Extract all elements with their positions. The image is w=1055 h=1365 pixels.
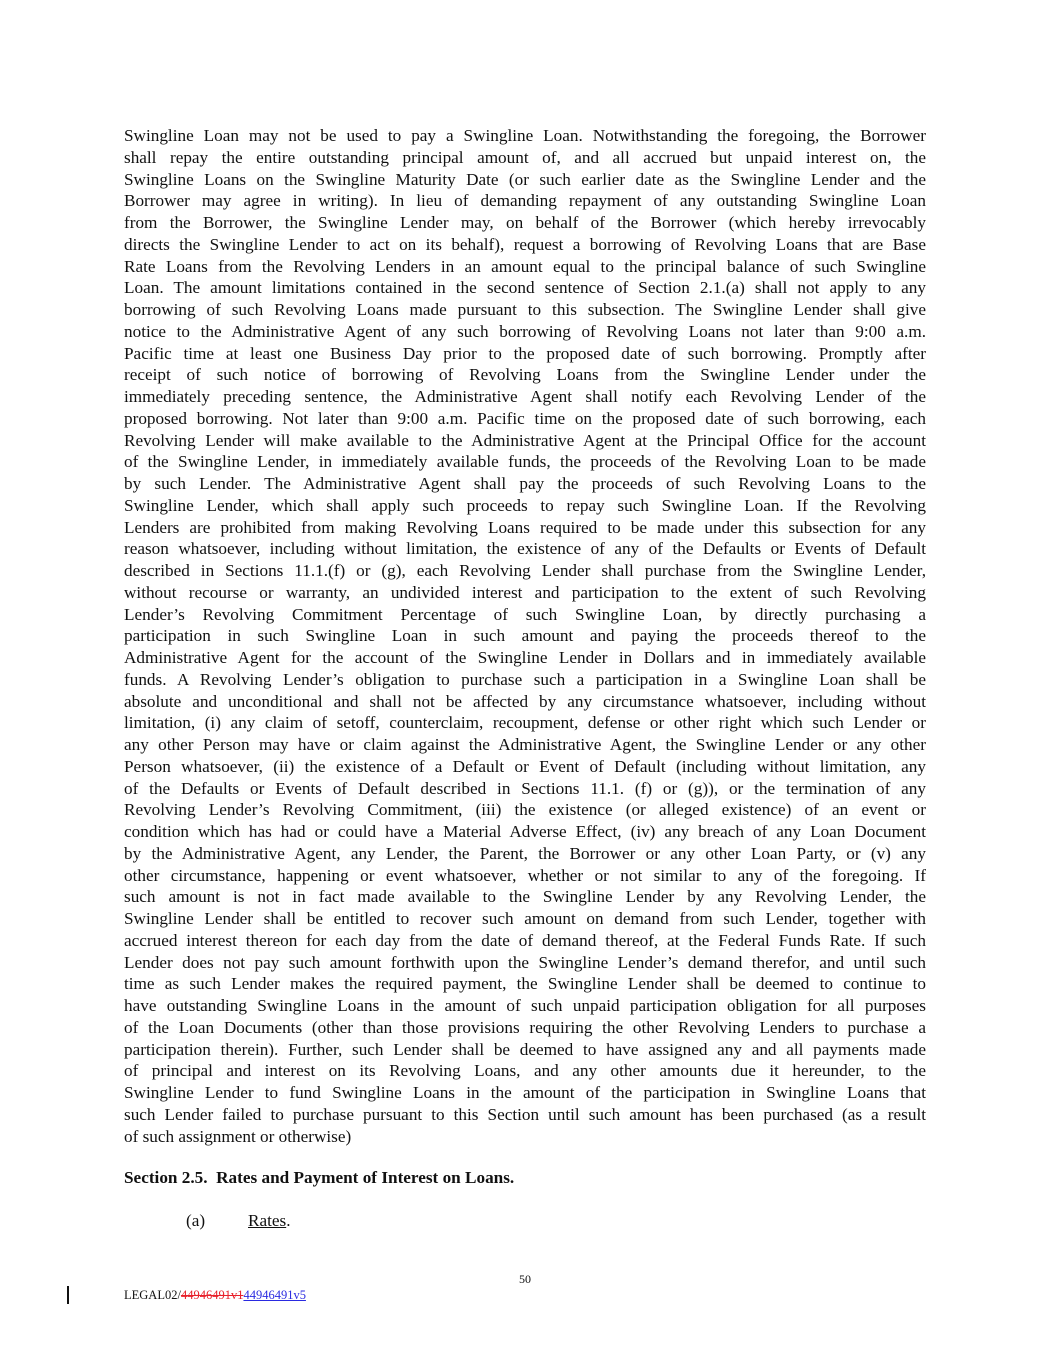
body-line: Pacific time at least one Business Day p… [124,343,926,365]
body-line: without recourse or warranty, an undivid… [124,582,926,604]
body-line: directs the Swingline Lender to act on i… [124,234,926,256]
body-line: Lender does not pay such amount forthwit… [124,952,926,974]
body-line: condition which has had or could have a … [124,821,926,843]
body-line: of principal and interest on its Revolvi… [124,1060,926,1082]
doc-id-prefix: LEGAL02/ [124,1288,181,1302]
body-line: receipt of such notice of borrowing of R… [124,364,926,386]
body-line: immediately preceding sentence, the Admi… [124,386,926,408]
body-line: participation therein). Further, such Le… [124,1039,926,1061]
body-paragraph: Swingline Loan may not be used to pay a … [124,125,926,1147]
body-line: Swingline Lender, which shall apply such… [124,495,926,517]
body-line: Swingline Lender to fund Swingline Loans… [124,1082,926,1104]
body-line: other circumstance, happening or event w… [124,865,926,887]
body-line: proposed borrowing. Not later than 9:00 … [124,408,926,430]
body-line: have outstanding Swingline Loans in the … [124,995,926,1017]
inserted-version: 44946491v5 [243,1288,306,1302]
body-line: by such Lender. The Administrative Agent… [124,473,926,495]
body-line: shall repay the entire outstanding princ… [124,147,926,169]
document-page: Swingline Loan may not be used to pay a … [0,0,1055,1365]
body-line: Loan. The amount limitations contained i… [124,277,926,299]
subsection-number: (a) [186,1210,248,1232]
body-line: of such assignment or otherwise) [124,1126,926,1148]
subsection-punct: . [286,1211,290,1230]
document-id-footer: LEGAL02/44946491v144946491v5 [124,1288,306,1303]
body-line: any other Person may have or claim again… [124,734,926,756]
body-line: Administrative Agent for the account of … [124,647,926,669]
body-line: Swingline Loans on the Swingline Maturit… [124,169,926,191]
body-line: Lenders are prohibited from making Revol… [124,517,926,539]
section-heading: Section 2.5. Rates and Payment of Intere… [124,1167,514,1189]
body-line: such amount is not in fact made availabl… [124,886,926,908]
page-number: 50 [519,1272,531,1287]
body-line: such Lender failed to purchase pursuant … [124,1104,926,1126]
body-line: Swingline Loan may not be used to pay a … [124,125,926,147]
change-bar [67,1286,69,1304]
body-line: Person whatsoever, (ii) the existence of… [124,756,926,778]
body-line: reason whatsoever, including without lim… [124,538,926,560]
body-line: Lender’s Revolving Commitment Percentage… [124,604,926,626]
body-line: time as such Lender makes the required p… [124,973,926,995]
body-line: limitation, (i) any claim of setoff, cou… [124,712,926,734]
body-line: from the Borrower, the Swingline Lender … [124,212,926,234]
body-line: of the Defaults or Events of Default des… [124,778,926,800]
body-line: of the Swingline Lender, in immediately … [124,451,926,473]
subsection-title: Rates [248,1211,286,1230]
body-line: borrowing of such Revolving Loans made p… [124,299,926,321]
body-line: Revolving Lender will make available to … [124,430,926,452]
body-line: by the Administrative Agent, any Lender,… [124,843,926,865]
deleted-version: 44946491v1 [181,1288,244,1302]
body-line: absolute and unconditional and shall not… [124,691,926,713]
body-line: Swingline Lender shall be entitled to re… [124,908,926,930]
subsection-heading: (a)Rates. [186,1210,290,1232]
body-line: Revolving Lender’s Revolving Commitment,… [124,799,926,821]
body-line: Rate Loans from the Revolving Lenders in… [124,256,926,278]
body-line: Borrower may agree in writing). In lieu … [124,190,926,212]
body-line: accrued interest thereon for each day fr… [124,930,926,952]
body-line: of the Loan Documents (other than those … [124,1017,926,1039]
body-line: described in Sections 11.1.(f) or (g), e… [124,560,926,582]
body-line: notice to the Administrative Agent of an… [124,321,926,343]
body-line: funds. A Revolving Lender’s obligation t… [124,669,926,691]
body-line: participation in such Swingline Loan in … [124,625,926,647]
